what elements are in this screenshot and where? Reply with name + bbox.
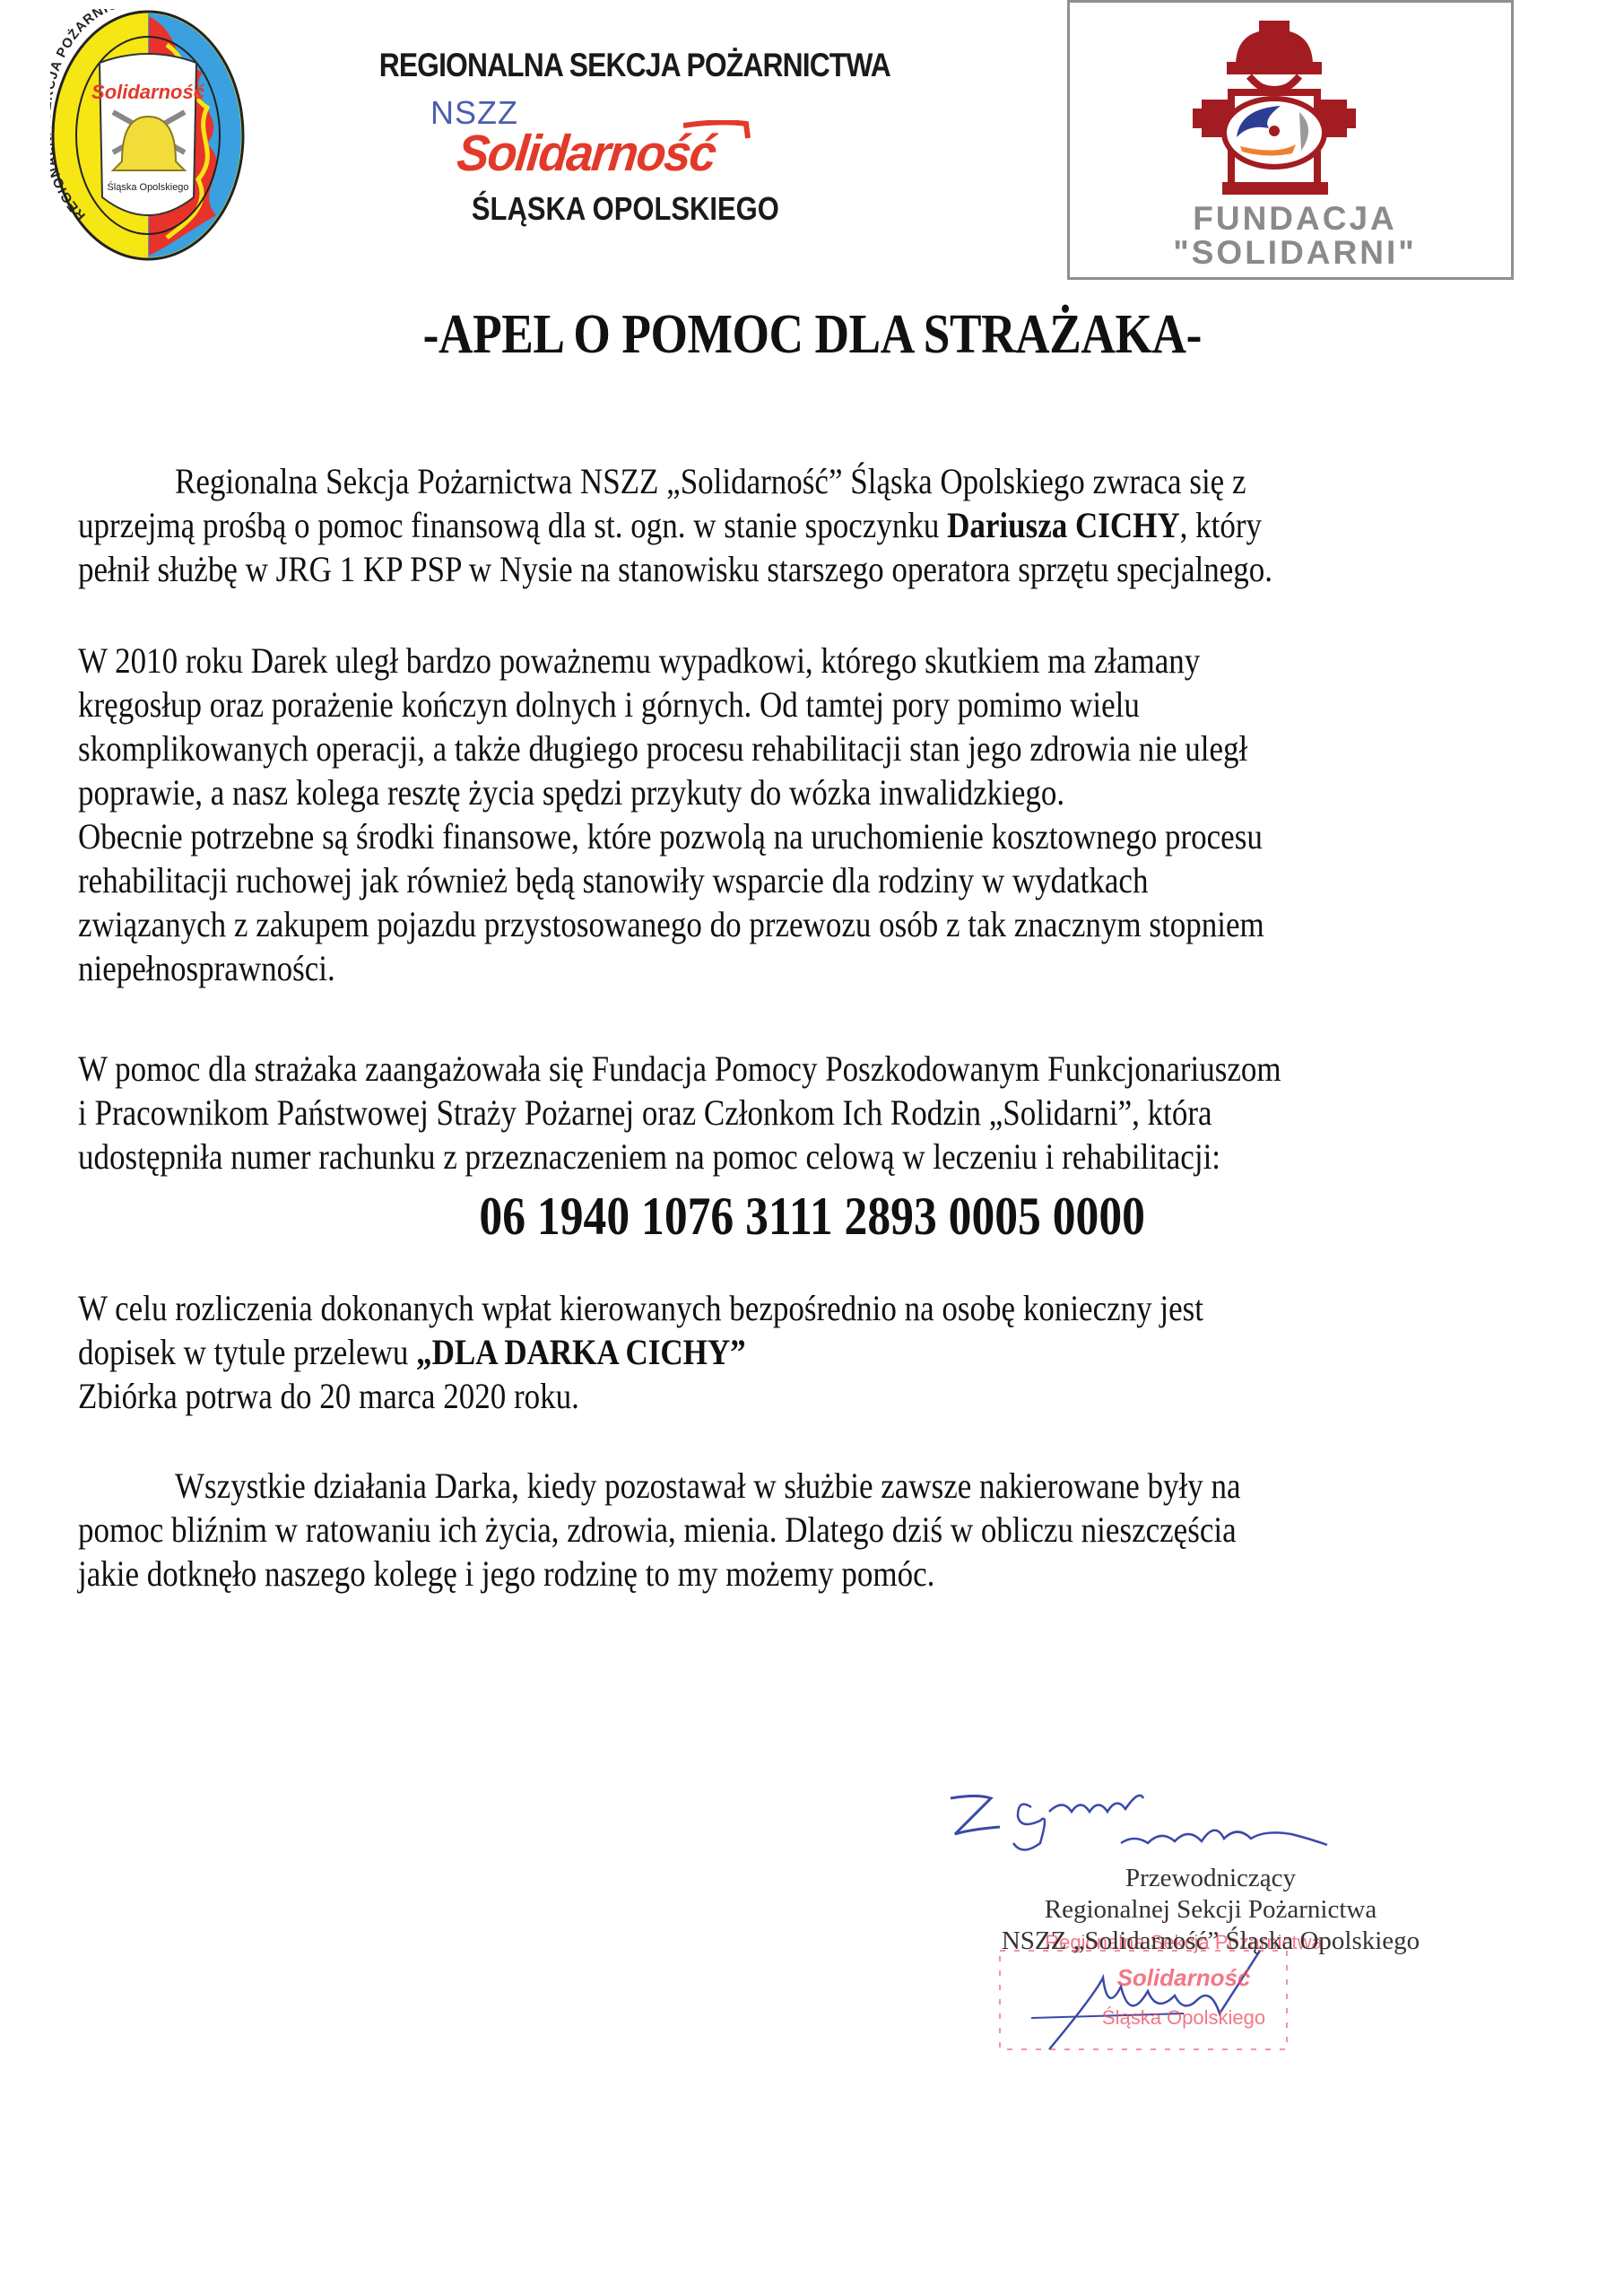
text-line: udostępniła numer rachunku z przeznaczen…: [78, 1135, 1549, 1178]
text-line: i Pracownikom Państwowej Straży Pożarnej…: [78, 1091, 1549, 1135]
paragraph-accident-description: W 2010 roku Darek uległ bardzo poważnemu…: [78, 639, 1549, 990]
page-title-text: -APEL O POMOC DLA STRAŻAKA-: [422, 303, 1201, 367]
section-emblem-logo: Solidarność Śląska Opolskiego REGIONALNA…: [50, 9, 246, 262]
signatory-org-line2: NSZZ „Solidarność” Śląska Opolskiego: [915, 1926, 1507, 1957]
stamp-brand: Solidarność: [1031, 1964, 1336, 1992]
logo-brand-solidarnosc: Solidarność: [455, 124, 718, 182]
paragraph-appeal-intro: Regionalna Sekcja Pożarnictwa NSZZ „Soli…: [78, 459, 1549, 591]
beneficiary-name: Dariusza CICHY: [947, 505, 1180, 545]
firefighter-emblem-icon: Solidarność Śląska Opolskiego REGIONALNA…: [50, 9, 246, 262]
text-line: związanych z zakupem pojazdu przystosowa…: [78, 902, 1549, 946]
stamp-line: Śląska Opolskiego: [1031, 2006, 1336, 2030]
paragraph-closing: Wszystkie działania Darka, kiedy pozosta…: [78, 1464, 1549, 1596]
text-line: Zbiórka potrwa do 20 marca 2020 roku.: [78, 1374, 1549, 1418]
paragraph-transfer-title: W celu rozliczenia dokonanych wpłat kier…: [78, 1286, 1549, 1418]
foundation-name-line2: "SOLIDARNI": [1070, 234, 1511, 272]
text-line: Wszystkie działania Darka, kiedy pozosta…: [78, 1464, 1549, 1508]
text-line: Obecnie potrzebne są środki finansowe, k…: [78, 814, 1549, 858]
text-line: dopisek w tytule przelewu „DLA DARKA CIC…: [78, 1330, 1549, 1374]
svg-text:Solidarność: Solidarność: [91, 81, 205, 103]
hydrant-icon: [1070, 3, 1511, 209]
foundation-logo: FUNDACJA "SOLIDARNI": [1067, 0, 1514, 280]
bank-account-number-text: 06 1940 1076 3111 2893 0005 0000: [479, 1186, 1145, 1248]
text-line: W 2010 roku Darek uległ bardzo poważnemu…: [78, 639, 1549, 683]
paragraph-foundation-info: W pomoc dla strażaka zaangażowała się Fu…: [78, 1047, 1549, 1178]
svg-text:Śląska Opolskiego: Śląska Opolskiego: [107, 181, 188, 193]
text-line: jakie dotknęło naszego kolegę i jego rod…: [78, 1552, 1549, 1596]
text-line: poprawie, a nasz kolega resztę życia spę…: [78, 770, 1549, 814]
regional-section-logo: REGIONALNA SEKCJA POŻARNICTWA NSZZ Solid…: [332, 36, 897, 242]
text-line: uprzejmą prośbą o pomoc finansową dla st…: [78, 503, 1549, 547]
text-line: kręgosłup oraz porażenie kończyn dolnych…: [78, 683, 1549, 726]
logo-line-region: ŚLĄSKA OPOLSKIEGO: [472, 190, 757, 228]
text-line: W pomoc dla strażaka zaangażowała się Fu…: [78, 1047, 1549, 1091]
text-line: skomplikowanych operacji, a także długie…: [78, 726, 1549, 770]
bank-account-number: 06 1940 1076 3111 2893 0005 0000: [0, 1186, 1624, 1248]
text-line: rehabilitacji ruchowej jak również będą …: [78, 858, 1549, 902]
logo-line-regional-section: REGIONALNA SEKCJA POŻARNICTWA: [379, 47, 850, 84]
signatory-title: Przewodniczący Regionalnej Sekcji Pożarn…: [915, 1863, 1507, 1957]
text-line: pełnił służbę w JRG 1 KP PSP w Nysie na …: [78, 547, 1549, 591]
foundation-name-line1: FUNDACJA: [1070, 200, 1511, 238]
text-line: pomoc bliźnim w ratowaniu ich życia, zdr…: [78, 1508, 1549, 1552]
signatory-role: Przewodniczący: [915, 1863, 1507, 1894]
text-line: W celu rozliczenia dokonanych wpłat kier…: [78, 1286, 1549, 1330]
text-line: Regionalna Sekcja Pożarnictwa NSZZ „Soli…: [78, 459, 1549, 503]
transfer-title-keyword: „DLA DARKA CICHY”: [416, 1332, 746, 1372]
page-title: -APEL O POMOC DLA STRAŻAKA-: [0, 303, 1624, 367]
signature-block: Regionalna Sekcja Pożarnictwa Solidarnoś…: [915, 1771, 1507, 2067]
text-line: niepełnosprawności.: [78, 946, 1549, 990]
signatory-org-line1: Regionalnej Sekcji Pożarnictwa: [915, 1894, 1507, 1926]
